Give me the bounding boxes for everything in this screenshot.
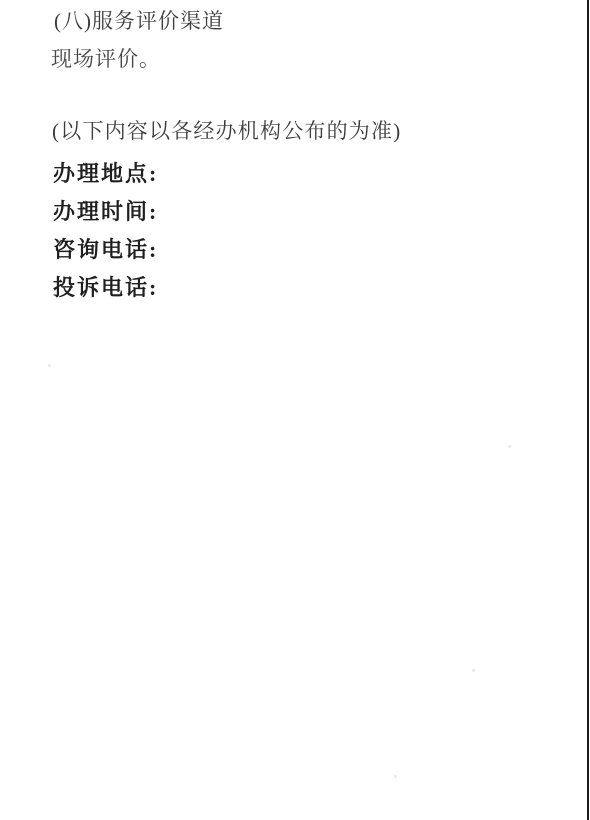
field-label-complaint-phone: 投诉电话:	[53, 273, 158, 311]
scanned-document-page: (八)服务评价渠道 现场评价。 (以下内容以各经办机构公布的为准) 办理地点: …	[0, 0, 590, 820]
scan-speck	[394, 775, 397, 778]
scan-edge-line	[587, 0, 589, 820]
body-text-line: 现场评价。	[51, 46, 161, 72]
scan-speck	[472, 669, 475, 672]
field-label-hours: 办理时间:	[53, 197, 158, 235]
note-line: (以下内容以各经办机构公布的为准)	[52, 117, 401, 145]
scan-speck	[48, 364, 51, 367]
field-label-address: 办理地点:	[53, 159, 158, 197]
field-label-list: 办理地点: 办理时间: 咨询电话: 投诉电话:	[53, 159, 158, 311]
field-label-inquiry-phone: 咨询电话:	[53, 235, 158, 273]
section-heading: (八)服务评价渠道	[54, 8, 224, 34]
scan-speck	[508, 445, 511, 448]
